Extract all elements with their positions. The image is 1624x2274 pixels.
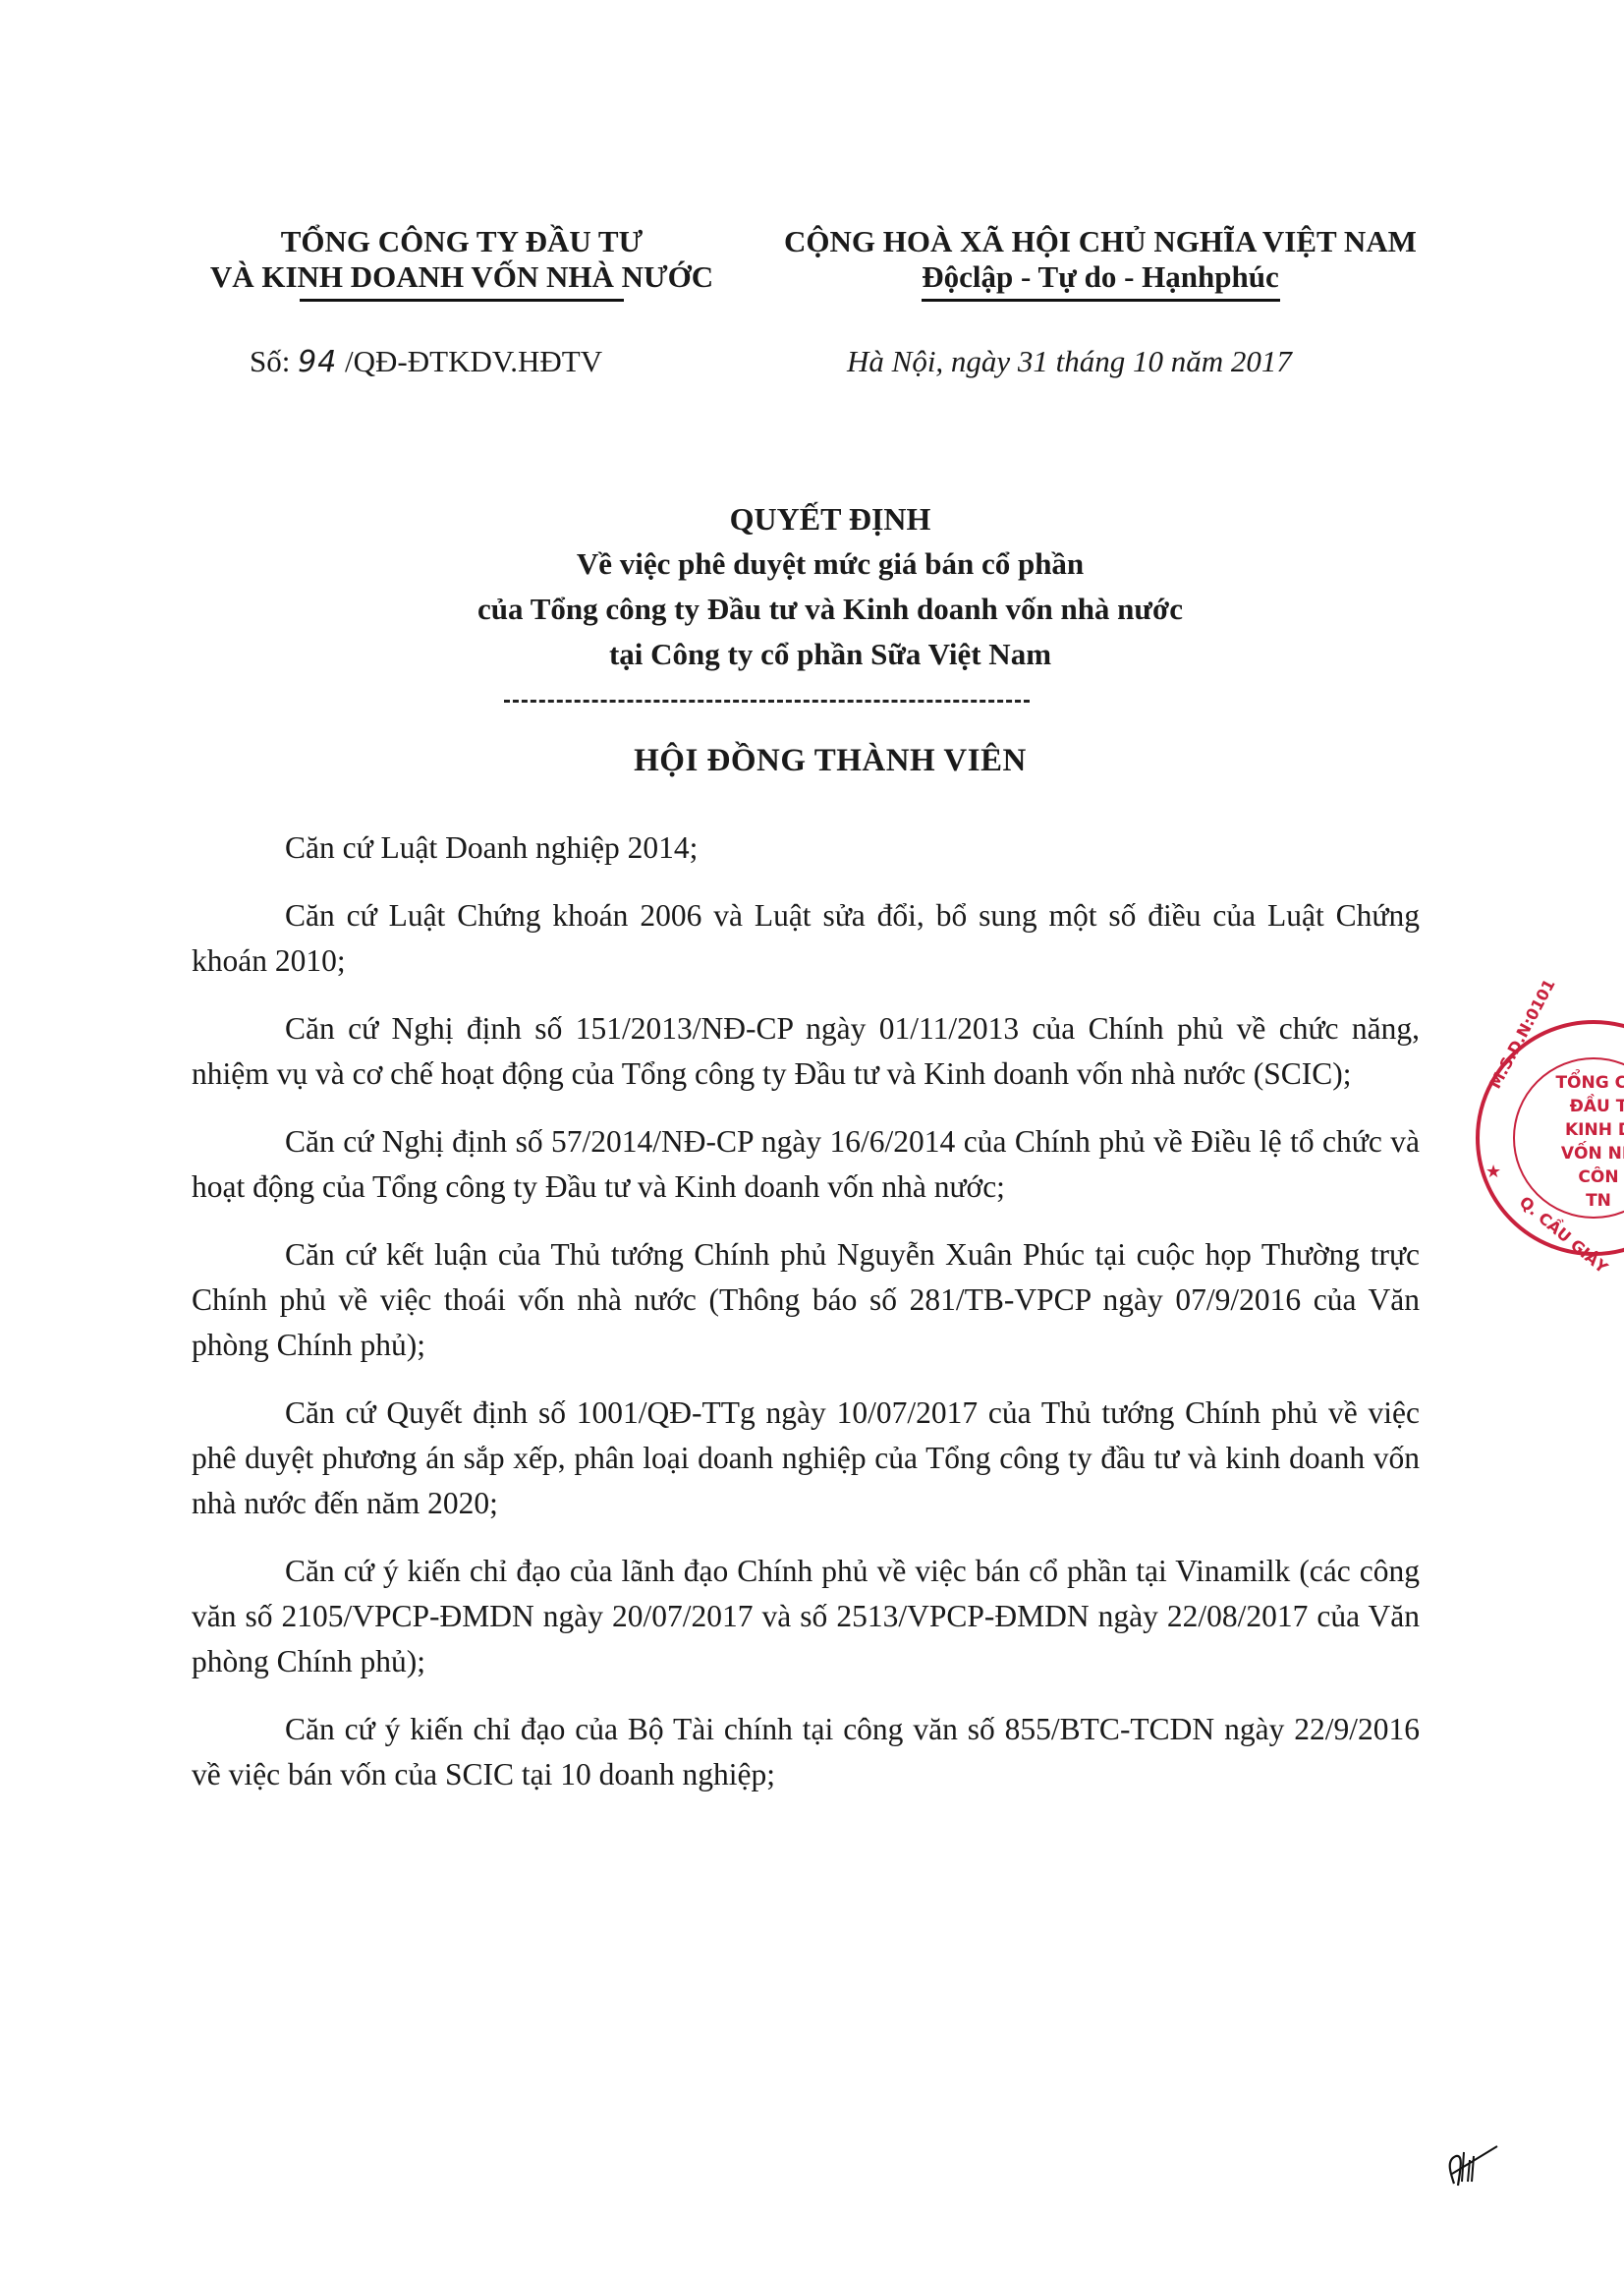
stamp-center-text: TỔNG CÔ ĐẦU T KINH D VỐN NH CÔN TN (1525, 1071, 1624, 1213)
issuing-organization: TỔNG CÔNG TY ĐẦU TƯ VÀ KINH DOANH VỐN NH… (196, 224, 727, 302)
doc-number-prefix: Số: (250, 344, 290, 378)
org-underline (300, 299, 624, 302)
motto-underline (922, 299, 1280, 302)
basis-paragraph: Căn cứ ý kiến chỉ đạo của Bộ Tài chính t… (192, 1707, 1420, 1797)
nation-motto: Độclập - Tự do - Hạnhphúc (756, 259, 1444, 295)
red-seal-stamp: M.S.D.N:0101 ★ Q. CẦU GIẤY TỔNG CÔ ĐẦU T… (1476, 1020, 1624, 1256)
basis-paragraph: Căn cứ ý kiến chỉ đạo của lãnh đạo Chính… (192, 1549, 1420, 1684)
initial-signature-icon (1442, 2142, 1501, 2191)
basis-paragraph: Căn cứ Nghị định số 57/2014/NĐ-CP ngày 1… (192, 1119, 1420, 1210)
org-name-line2: VÀ KINH DOANH VỐN NHÀ NƯỚC (196, 259, 727, 295)
basis-paragraph: Căn cứ Nghị định số 151/2013/NĐ-CP ngày … (192, 1006, 1420, 1097)
subject-line-3: tại Công ty cổ phần Sữa Việt Nam (295, 632, 1366, 677)
org-name-line1: TỔNG CÔNG TY ĐẦU TƯ (196, 224, 727, 259)
doc-number-handwritten: 94 (298, 345, 337, 379)
dashed-divider (504, 700, 1030, 703)
subject-line-2: của Tổng công ty Đầu tư và Kinh doanh vố… (295, 587, 1366, 632)
basis-paragraph: Căn cứ Luật Doanh nghiệp 2014; (192, 825, 1420, 871)
basis-paragraph: Căn cứ Luật Chứng khoán 2006 và Luật sửa… (192, 893, 1420, 984)
star-icon: ★ (1485, 1162, 1501, 1182)
document-page: TỔNG CÔNG TY ĐẦU TƯ VÀ KINH DOANH VỐN NH… (0, 0, 1624, 2274)
subject-line-1: Về việc phê duyệt mức giá bán cổ phần (295, 541, 1366, 587)
basis-paragraph: Căn cứ Quyết định số 1001/QĐ-TTg ngày 10… (192, 1391, 1420, 1526)
decision-title: QUYẾT ĐỊNH Về việc phê duyệt mức giá bán… (295, 496, 1366, 677)
nation-name: CỘNG HOÀ XÃ HỘI CHỦ NGHĨA VIỆT NAM (756, 224, 1444, 259)
national-motto: CỘNG HOÀ XÃ HỘI CHỦ NGHĨA VIỆT NAM Độclậ… (756, 224, 1444, 302)
document-number: Số: 94 /QĐ-ĐTKDV.HĐTV (250, 344, 602, 379)
doc-number-suffix: /QĐ-ĐTKDV.HĐTV (345, 344, 602, 378)
decision-heading: QUYẾT ĐỊNH (295, 496, 1366, 541)
place-and-date: Hà Nội, ngày 31 tháng 10 năm 2017 (847, 344, 1292, 379)
basis-paragraph: Căn cứ kết luận của Thủ tướng Chính phủ … (192, 1232, 1420, 1368)
issuing-body: HỘI ĐỒNG THÀNH VIÊN (295, 743, 1366, 779)
legal-bases: Căn cứ Luật Doanh nghiệp 2014; Căn cứ Lu… (192, 825, 1420, 1820)
